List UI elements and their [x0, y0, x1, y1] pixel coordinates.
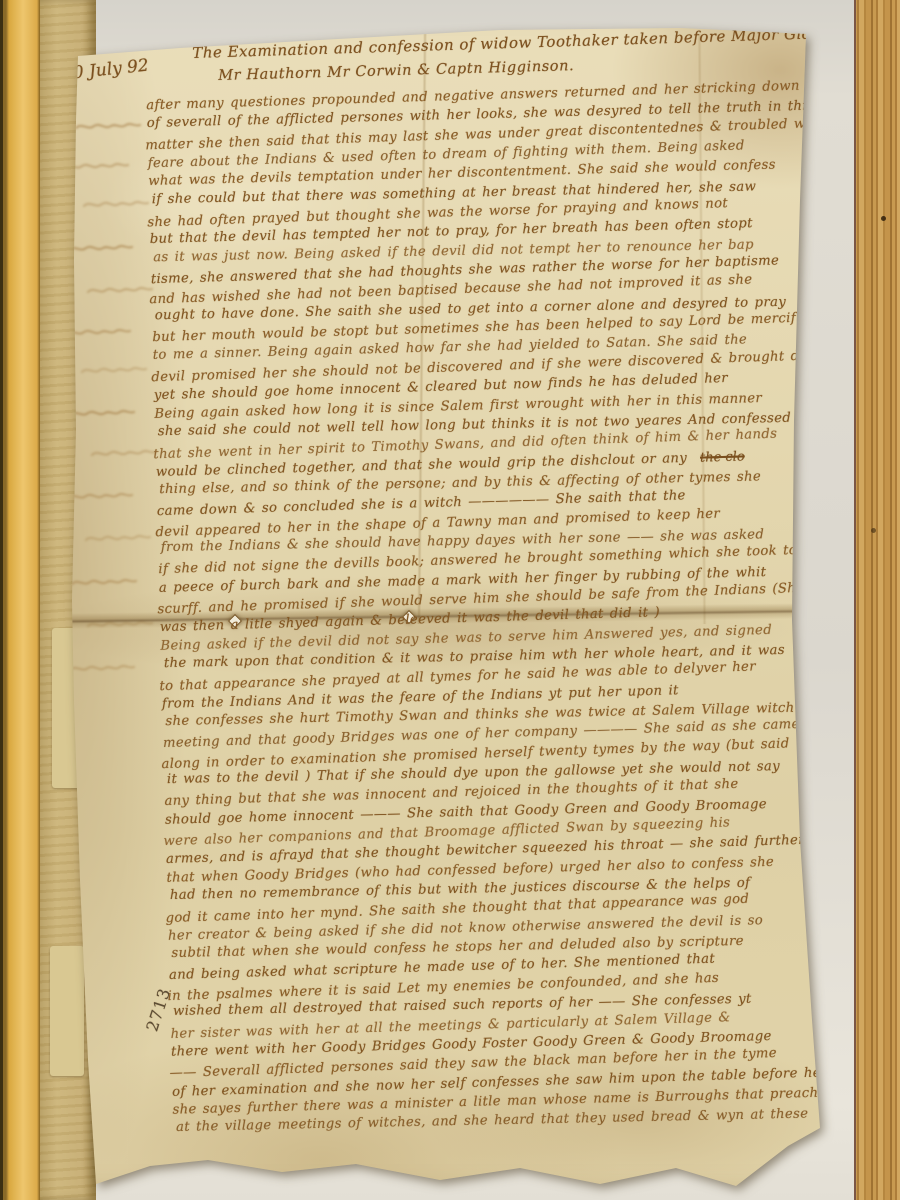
manuscript-line: wished them all destroyed that raised su… [173, 988, 835, 1021]
manuscript-line: that she went in her spirit to Timothy S… [153, 423, 815, 464]
ink-bleedthrough-marks [58, 110, 208, 750]
manuscript-line: at the village meetings of witches, and … [176, 1104, 838, 1137]
manuscript-line: her creator & being asked if she did not… [168, 909, 830, 946]
manuscript-line: of her examination and she now her self … [172, 1063, 834, 1102]
manuscript-line: came down & so concluded she is a witch … [157, 482, 819, 521]
manuscript-line: was then a litle shyed again & beleeved … [160, 599, 822, 638]
manuscript-line: feare about the Indians & used often to … [148, 134, 810, 173]
manuscript-line: matter she then said that this may last … [145, 114, 807, 155]
manuscript-line: scurff. and he promised if she would ser… [157, 578, 819, 619]
manuscript-page: 30 July 92 The Examination and confessio… [0, 0, 900, 1200]
manuscript-line: yet she should goe home innocent & clear… [154, 366, 816, 405]
manuscript-line: a peece of burch bark and she made a mar… [159, 561, 821, 598]
manuscript-line: if she could but that there was somethin… [152, 176, 814, 209]
manuscript-line: and being asked what scripture he made u… [169, 947, 831, 986]
manuscript-line: that when Goody Bridges (who had confess… [166, 851, 828, 888]
manuscript-line: but that the devil has tempted her not t… [150, 213, 812, 250]
manuscript-line: her sister was with her at all the meeti… [170, 1005, 832, 1044]
manuscript-line: Being asked if the devil did not say she… [160, 619, 822, 656]
manuscript-line: had then no remembrance of this but with… [170, 872, 832, 905]
manuscript-line: any thing but that she was innocent and … [164, 773, 826, 812]
manuscript-line: should goe home innocent ——— She saith t… [165, 793, 827, 830]
manuscript-line: meeting and that goody Bridges was one o… [163, 715, 825, 754]
manuscript-line: as it was just now. Being asked if the d… [153, 234, 815, 267]
manuscript-line: after many questiones propounded and neg… [146, 76, 808, 115]
manuscript-line: Being again asked how long it is since S… [154, 387, 816, 424]
photograph-of-manuscript: 30 July 92 The Examination and confessio… [0, 0, 900, 1200]
manuscript-body: after many questiones propounded and neg… [146, 78, 835, 1140]
manuscript-line: were also her companions and that Brooma… [163, 810, 825, 851]
manuscript-line: there went with her Goody Bridges Goody … [171, 1025, 833, 1062]
parchment: 30 July 92 The Examination and confessio… [0, 0, 900, 1200]
vertical-fold-crease [697, 34, 706, 624]
manuscript-line: in the psalmes where it is said Let my e… [167, 965, 829, 1006]
vertical-fold-crease [417, 34, 427, 624]
manuscript-line: god it came into her mynd. She saith she… [165, 888, 827, 929]
fold-hole [228, 614, 242, 628]
manuscript-line: from the Indians & she should have happy… [161, 524, 823, 557]
manuscript-line: tisme, she answered that she had thought… [151, 250, 813, 289]
manuscript-line: she sayes further there was a minister a… [172, 1083, 834, 1120]
manuscript-line: she confesses she hurt Timothy Swan and … [165, 698, 827, 731]
document-title-line1: The Examination and confession of widow … [192, 24, 841, 62]
manuscript-line: of severall of the afflicted persones wi… [147, 97, 809, 134]
horizontal-fold-crease [68, 603, 810, 629]
manuscript-line: would be clinched together, and that she… [156, 445, 818, 482]
manuscript-line: to me a sinner. Being again asked how fa… [153, 329, 815, 366]
manuscript-line: armes, and is afrayd that she thought be… [166, 831, 828, 870]
manuscript-line: it was to the devil ) That if she should… [167, 756, 829, 789]
manuscript-line: she had often prayed but thought she was… [147, 191, 809, 232]
manuscript-line: —— Severall afflicted persones said they… [169, 1042, 831, 1083]
manuscript-line: if she did not signe the devills book; a… [158, 540, 820, 579]
manuscript-line: thing else, and so think of the persone;… [159, 466, 821, 499]
manuscript-line: and has wished she had not been baptised… [149, 269, 811, 310]
manuscript-line: devil appeared to her in the shape of a … [155, 501, 817, 542]
manuscript-line: she said she could not well tell how lon… [158, 408, 820, 441]
manuscript-line: subtil that when she would confess he st… [171, 930, 833, 963]
document-title-line2: Mr Hauthorn Mr Corwin & Captn Higginson. [218, 58, 574, 84]
manuscript-line: what was the devils temptation under her… [148, 155, 810, 192]
manuscript-line: devil promised her she should not be dis… [151, 346, 813, 387]
manuscript-line: from the Indians And it was the feare of… [162, 677, 824, 714]
date-annotation: 30 July 92 [61, 56, 150, 85]
fold-hole [402, 610, 416, 624]
manuscript-line: to that appearance she prayed at all tym… [159, 656, 821, 697]
manuscript-line: the mark upon that condition & it was to… [164, 640, 826, 673]
manuscript-line: but her mouth would be stopt but sometim… [152, 308, 814, 347]
manuscript-line: ought to have done. She saith she used t… [155, 292, 817, 325]
struck-out-words: the clo [700, 449, 745, 465]
manuscript-line: along in order to examination she promis… [161, 733, 823, 774]
archival-number: 2713 [142, 985, 174, 1033]
